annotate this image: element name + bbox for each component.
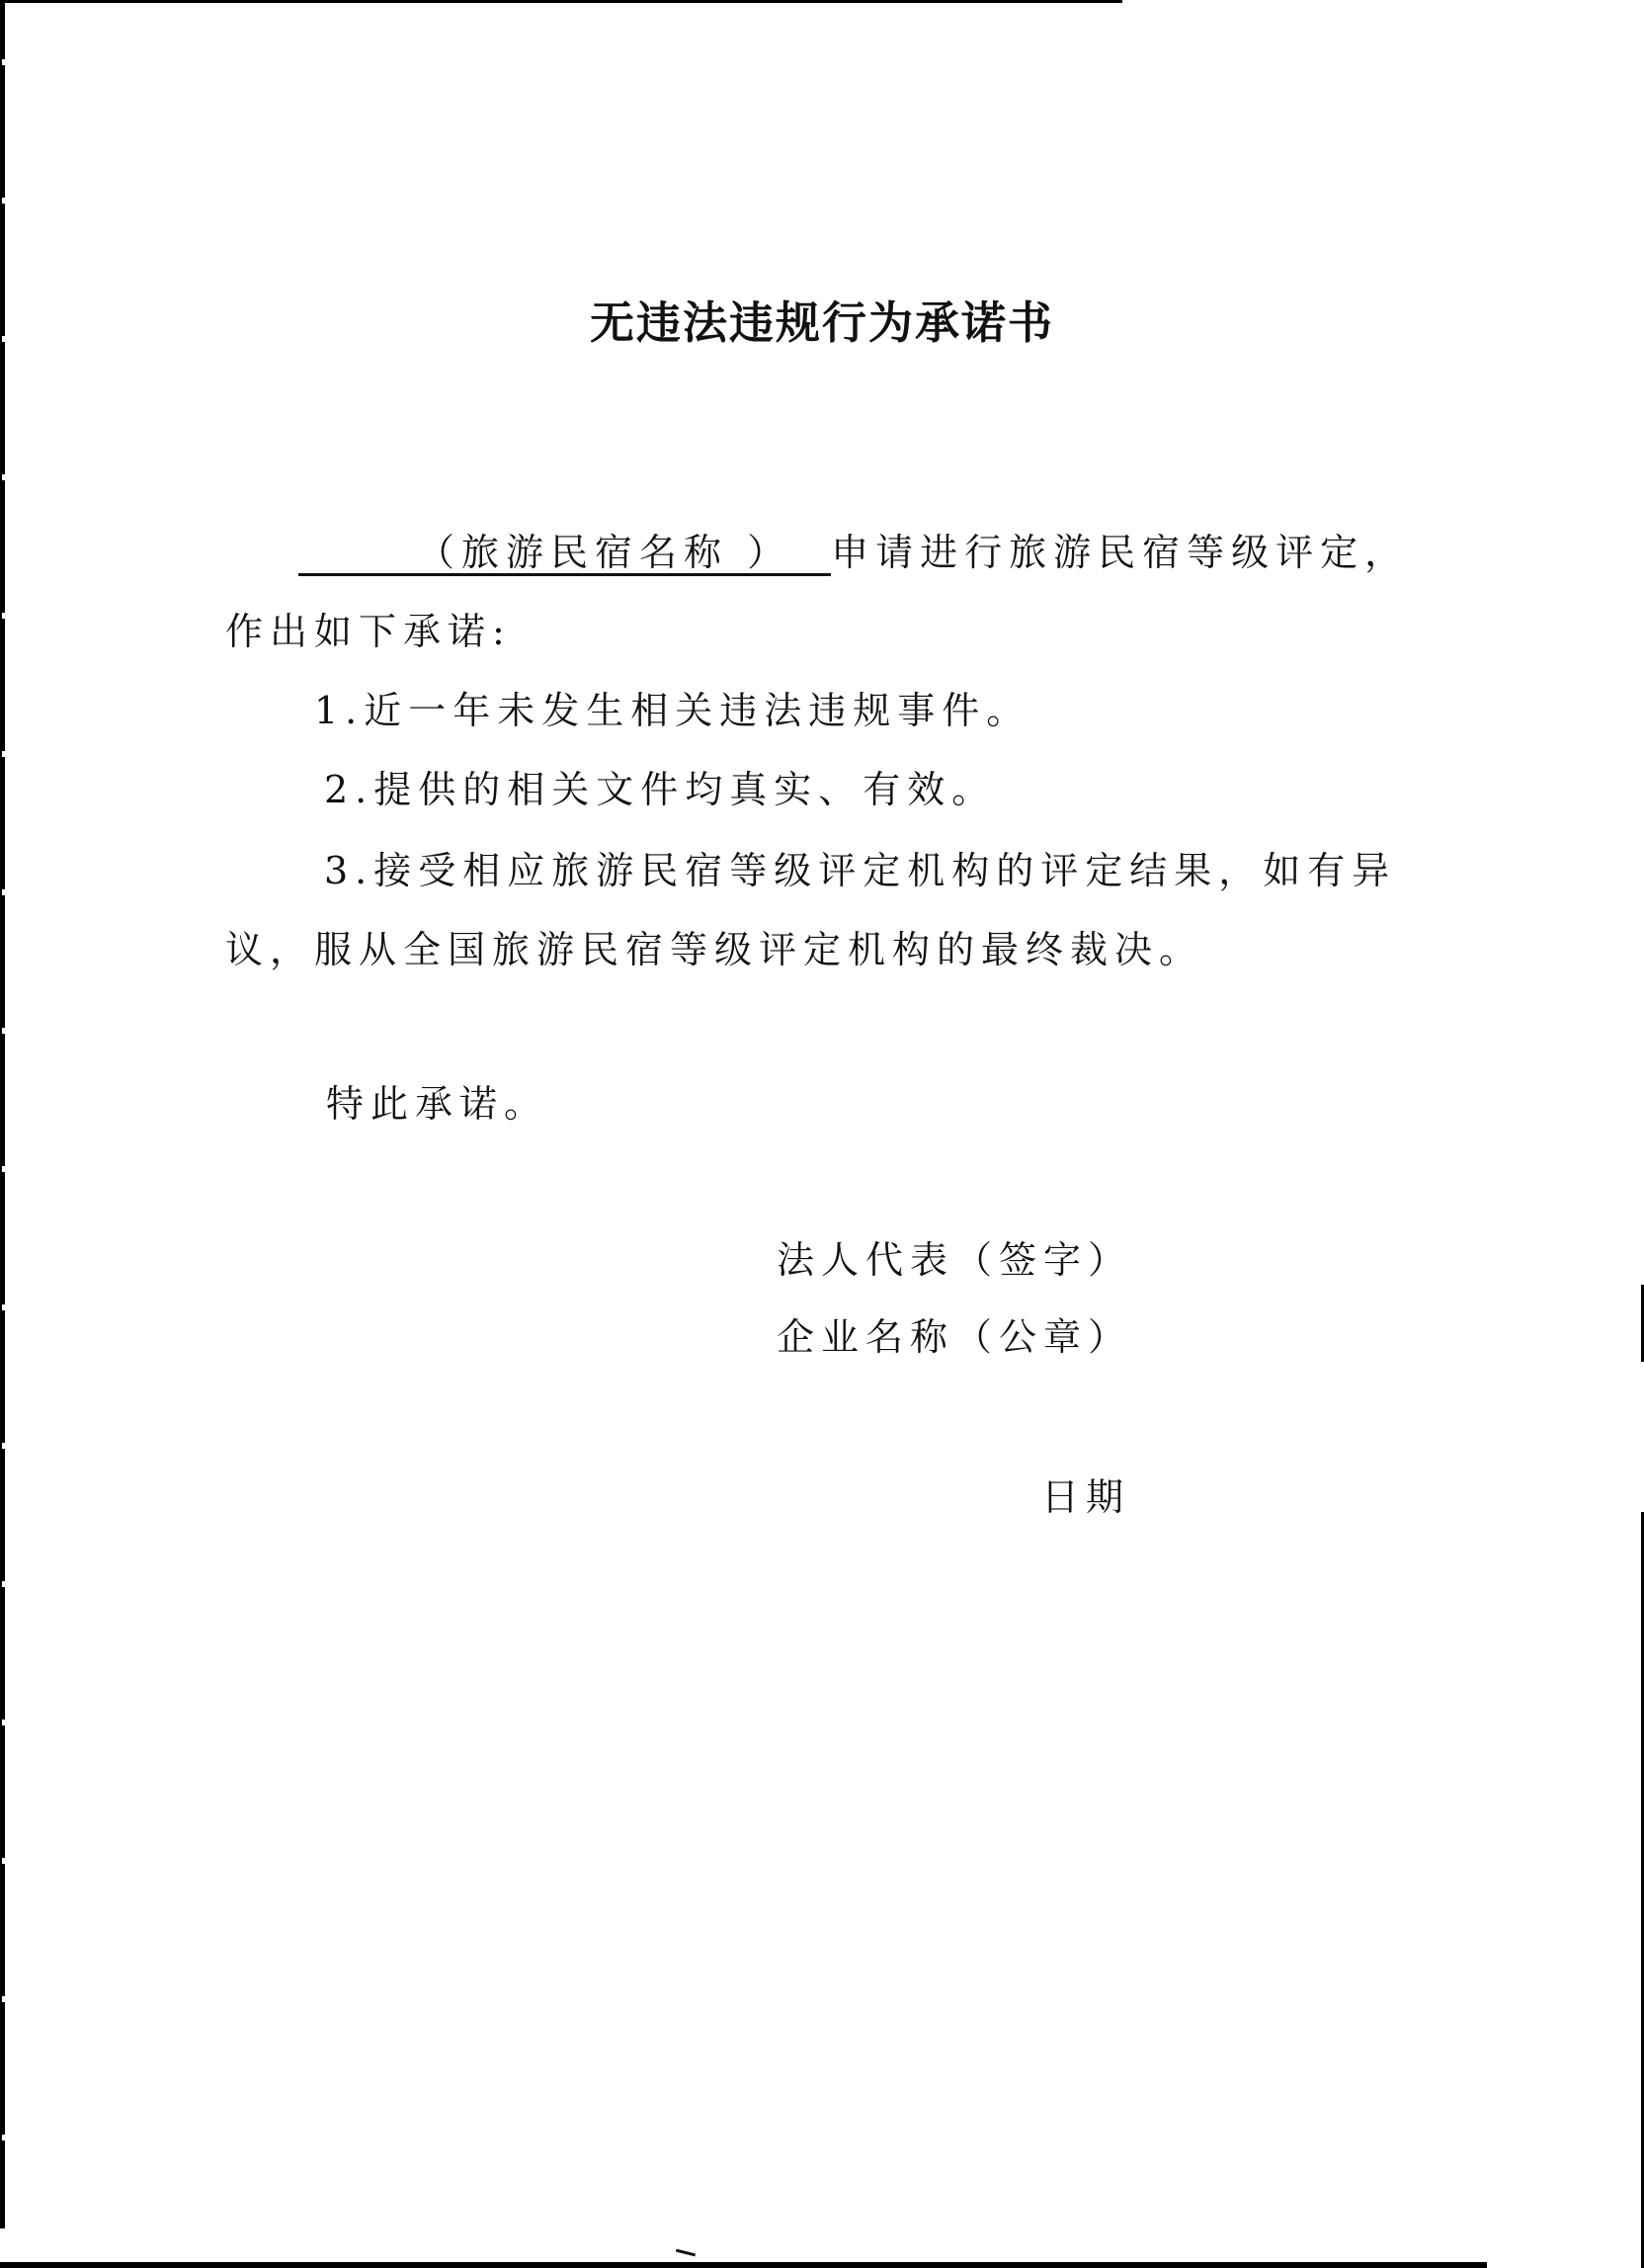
scan-edge-bottom xyxy=(0,2262,1487,2268)
signature-date: 日期 xyxy=(1041,1478,1130,1516)
commitment-item-2: 2.提供的相关文件均真实、有效。 xyxy=(324,771,996,808)
commitment-item-1: 1.近一年未发生相关违法违规事件。 xyxy=(314,692,1030,729)
signature-company-seal: 企业名称（公章） xyxy=(777,1318,1132,1356)
scan-mark xyxy=(676,2249,696,2257)
homestay-name-blank-field: （旅游民宿名称 ） xyxy=(298,534,831,576)
intro-line-2: 作出如下承诺: xyxy=(225,613,512,650)
intro-line-1-text: 申请进行旅游民宿等级评定， xyxy=(831,531,1409,574)
closing-statement: 特此承诺。 xyxy=(326,1085,548,1123)
commitment-item-3-continuation: 议，服从全国旅游民宿等级评定机构的最终裁决。 xyxy=(225,931,1203,968)
commitment-item-3: 3.接受相应旅游民宿等级评定机构的评定结果，如有异 xyxy=(324,852,1396,889)
document-title: 无违法违规行为承诺书 xyxy=(0,287,1644,351)
signature-legal-representative: 法人代表（签字） xyxy=(777,1241,1132,1279)
intro-line-1: （旅游民宿名称 ）申请进行旅游民宿等级评定， xyxy=(298,534,1409,576)
scan-edge-top xyxy=(0,0,1122,3)
